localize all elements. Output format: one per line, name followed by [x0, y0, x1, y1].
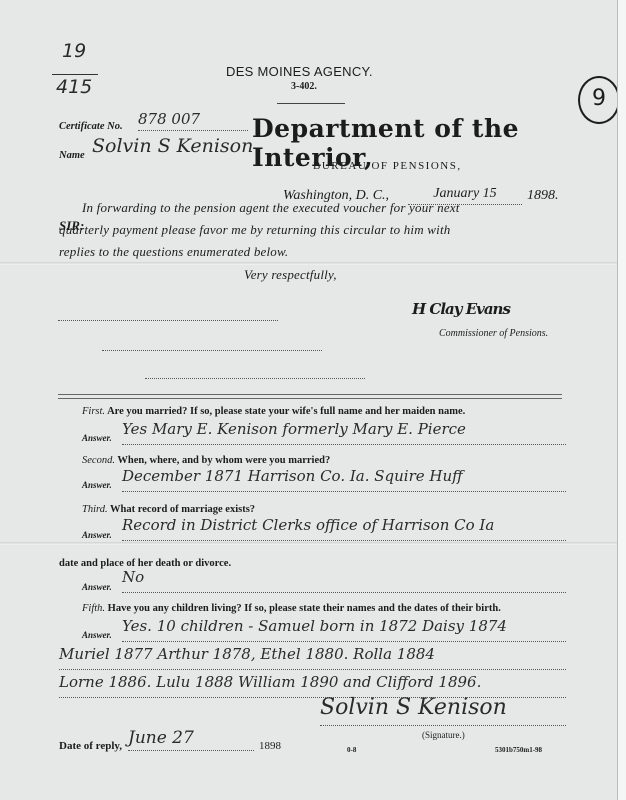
file-number-top: 19	[62, 40, 86, 62]
signature-label: (Signature.)	[422, 730, 465, 740]
double-rule	[58, 394, 562, 399]
answer-label: Answer.	[82, 630, 112, 640]
answer-second: December 1871 Harrison Co. Ia. Squire Hu…	[122, 467, 566, 492]
question-ordinal: First.	[82, 406, 105, 417]
question-third: Third. What record of marriage exists?	[82, 504, 255, 515]
claimant-name: Solvin S Kenison	[92, 135, 262, 157]
name-label: Name	[59, 150, 85, 161]
answer-label: Answer.	[82, 480, 112, 490]
question-ordinal: Third.	[82, 504, 108, 515]
commissioner-title: Commissioner of Pensions.	[439, 328, 548, 339]
bureau-heading: BUREAU OF PENSIONS,	[313, 160, 462, 172]
fraction-bar	[52, 74, 98, 75]
letter-year: 1898.	[527, 188, 559, 204]
address-line-2	[102, 350, 322, 351]
paper-edge	[617, 0, 626, 800]
body-line-2: quarterly payment please favor me by ret…	[59, 219, 450, 241]
claimant-signature: Solvin S Kenison	[320, 695, 566, 726]
address-line-3	[145, 378, 365, 379]
question-second: Second. When, where, and by whom were yo…	[82, 455, 330, 466]
answer-third: Record in District Clerks office of Harr…	[122, 516, 566, 541]
form-number: 3-402.	[291, 81, 317, 92]
agency-name: DES MOINES AGENCY.	[226, 64, 373, 79]
answer-label: Answer.	[82, 433, 112, 443]
answer-label: Answer.	[82, 530, 112, 540]
answer-first: Yes Mary E. Kenison formerly Mary E. Pie…	[122, 420, 566, 445]
question-first: First. Are you married? If so, please st…	[82, 406, 465, 417]
answer-label: Answer.	[82, 582, 112, 592]
question-fifth: Fifth. Have you any children living? If …	[82, 603, 501, 614]
question-text: Are you married? If so, please state you…	[107, 406, 465, 417]
reply-year: 1898	[259, 740, 281, 752]
question-ordinal: Second.	[82, 455, 115, 466]
commissioner-signature: H Clay Evans	[412, 300, 510, 318]
closing: Very respectfully,	[244, 264, 337, 286]
reply-date-label: Date of reply,	[59, 740, 122, 752]
file-number-bottom: 415	[56, 76, 92, 98]
certificate-number: 878 007	[138, 110, 248, 131]
footer-code-2: 5301b750m1-98	[495, 746, 542, 754]
pension-circular-page: 19 415 DES MOINES AGENCY. 3-402. 9 Certi…	[0, 0, 618, 800]
reply-date: June 27	[128, 728, 254, 751]
body-line-3: replies to the questions enumerated belo…	[59, 241, 288, 263]
answer-fifth-line-1: Yes. 10 children - Samuel born in 1872 D…	[122, 617, 566, 642]
certificate-label: Certificate No.	[59, 121, 123, 132]
answer-fourth: No	[122, 568, 566, 593]
answer-fifth-line-2: Muriel 1877 Arthur 1878, Ethel 1880. Rol…	[59, 645, 566, 670]
address-line-1	[58, 320, 278, 321]
question-text: Have you any children living? If so, ple…	[108, 603, 501, 614]
body-line-1: In forwarding to the pension agent the e…	[82, 197, 460, 219]
footer-code-1: 0-8	[347, 746, 356, 754]
question-text: What record of marriage exists?	[110, 504, 255, 515]
paper-fold	[0, 542, 618, 545]
agency-divider	[277, 103, 345, 104]
question-ordinal: Fifth.	[82, 603, 105, 614]
question-text: When, where, and by whom were you marrie…	[117, 455, 330, 466]
